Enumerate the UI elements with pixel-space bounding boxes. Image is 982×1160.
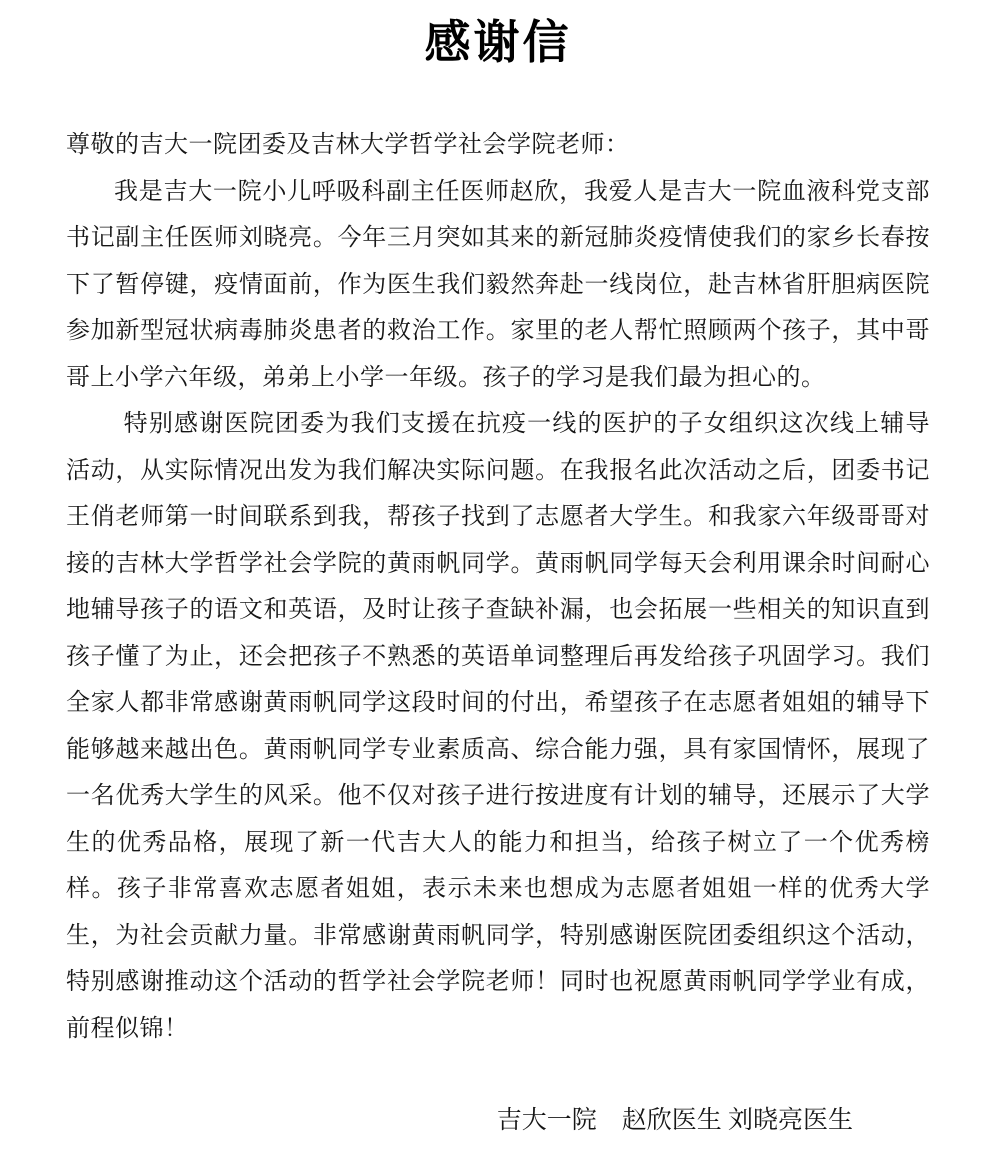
- letter-page: 感谢信 尊敬的吉大一院团委及吉林大学哲学社会学院老师： 我是吉大一院小儿呼吸科副…: [0, 0, 982, 1160]
- salutation-line: 尊敬的吉大一院团委及吉林大学哲学社会学院老师：: [66, 122, 930, 169]
- paragraph-1: 我是吉大一院小儿呼吸科副主任医师赵欣，我爱人是吉大一院血液科党支部书记副主任医师…: [66, 169, 930, 402]
- paragraph-2: 特别感谢医院团委为我们支援在抗疫一线的医护的子女组织这次线上辅导活动，从实际情况…: [66, 401, 930, 1052]
- letter-body: 尊敬的吉大一院团委及吉林大学哲学社会学院老师： 我是吉大一院小儿呼吸科副主任医师…: [66, 122, 930, 1052]
- signature-line: 吉大一院 赵欣医生 刘晓亮医生: [66, 1098, 930, 1144]
- letter-title: 感谢信: [66, 14, 930, 70]
